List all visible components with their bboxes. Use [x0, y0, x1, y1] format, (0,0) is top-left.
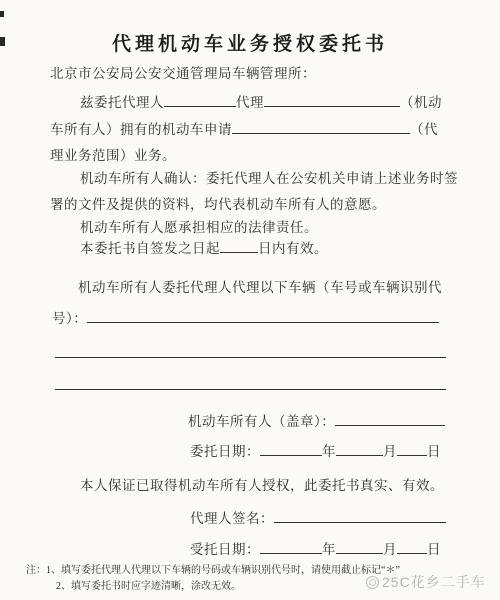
watermark: 25C花乡二手车 [366, 572, 486, 592]
vehicles-line-2: 号）： [52, 311, 439, 327]
vehicles-line2-lead-text: 号）： [52, 311, 87, 326]
watermark-logo-icon [366, 576, 379, 589]
document-title: 代理机动车业务授权委托书 [0, 29, 500, 56]
entrust-date-line: 委托日期：年月日 [190, 444, 441, 460]
scanned-authorization-form: 代理机动车业务授权委托书 北京市公安局公安交通管理局车辆管理所： 兹委托代理人代… [0, 0, 500, 600]
entrust-line-2: 车所有人）拥有的机动车申请（代 [50, 122, 438, 138]
validity-lead-text: 本委托书自签发之日起 [80, 241, 220, 256]
day-label: 日 [427, 444, 441, 459]
validity-tail-text: 日内有效。 [258, 241, 328, 256]
accept-date-label: 受托日期： [190, 542, 260, 557]
day-label: 日 [427, 542, 441, 557]
watermark-text: 25C花乡二手车 [382, 572, 486, 592]
agent-sign-blank [274, 521, 446, 523]
entrust-date-month-blank [336, 454, 383, 456]
accept-date-year-blank [260, 552, 322, 554]
owner-seal-label: 机动车所有人（盖章）： [188, 414, 335, 429]
validity-days-blank [220, 251, 258, 253]
entrust-wrap1-text: （机动 [400, 95, 442, 110]
validity-line: 本委托书自签发之日起日内有效。 [80, 241, 328, 257]
year-label: 年 [322, 444, 336, 459]
vehicle-id-blank-3 [55, 389, 446, 390]
business-scope-blank [232, 132, 410, 134]
entrust-date-label: 委托日期： [190, 444, 260, 459]
salutation: 北京市公安局公安交通管理局车辆管理所： [50, 66, 316, 82]
scan-artifact [0, 11, 4, 17]
owner-seal-line: 机动车所有人（盖章）： [188, 414, 445, 430]
entrust-lead-text: 兹委托代理人 [80, 95, 164, 110]
entrust-line2-text: 车所有人）拥有的机动车申请 [50, 122, 232, 137]
agent-sign-label: 代理人签名： [190, 511, 274, 526]
month-label: 月 [383, 542, 397, 557]
entrust-wrap2-text: （代 [410, 122, 438, 137]
entrust-date-year-blank [260, 454, 322, 456]
confirmation-line-2: 署的文件及提供的资料，均代表机动车所有人的意愿。 [50, 197, 386, 213]
vehicle-id-blank-1 [87, 321, 439, 323]
entrust-proxy-text: 代理 [236, 95, 264, 110]
month-label: 月 [383, 444, 397, 459]
owner-seal-blank [335, 424, 445, 426]
vehicles-line-1: 机动车所有人委托代理人代理以下车辆（车号或车辆识别代 [78, 280, 442, 296]
liability-line: 机动车所有人愿承担相应的法律责任。 [80, 220, 318, 236]
accept-date-line: 受托日期：年月日 [190, 542, 441, 558]
accept-date-day-blank [397, 552, 427, 554]
entrust-line-1: 兹委托代理人代理（机动 [80, 95, 442, 111]
entrust-date-day-blank [397, 454, 427, 456]
agent-sign-line: 代理人签名： [190, 511, 446, 527]
confirmation-line-1: 机动车所有人确认：委托代理人在公安机关申请上述业务时签 [80, 171, 458, 187]
guarantee-line: 本人保证已取得机动车所有人授权，此委托书真实、有效。 [80, 478, 444, 494]
owner-name-blank [264, 105, 400, 107]
agent-name-blank [164, 105, 236, 107]
year-label: 年 [322, 542, 336, 557]
footnote-2: 2、填写委托书时应字迹清晰，涂改无效。 [56, 577, 241, 592]
accept-date-month-blank [336, 552, 383, 554]
entrust-line-3: 理业务范围）业务。 [50, 148, 176, 164]
footnote-1: 注：1、填写委托代理人代理以下车辆的号码或车辆识别代号时，请使用截止标记“＊” [26, 561, 400, 576]
vehicle-id-blank-2 [55, 357, 446, 358]
